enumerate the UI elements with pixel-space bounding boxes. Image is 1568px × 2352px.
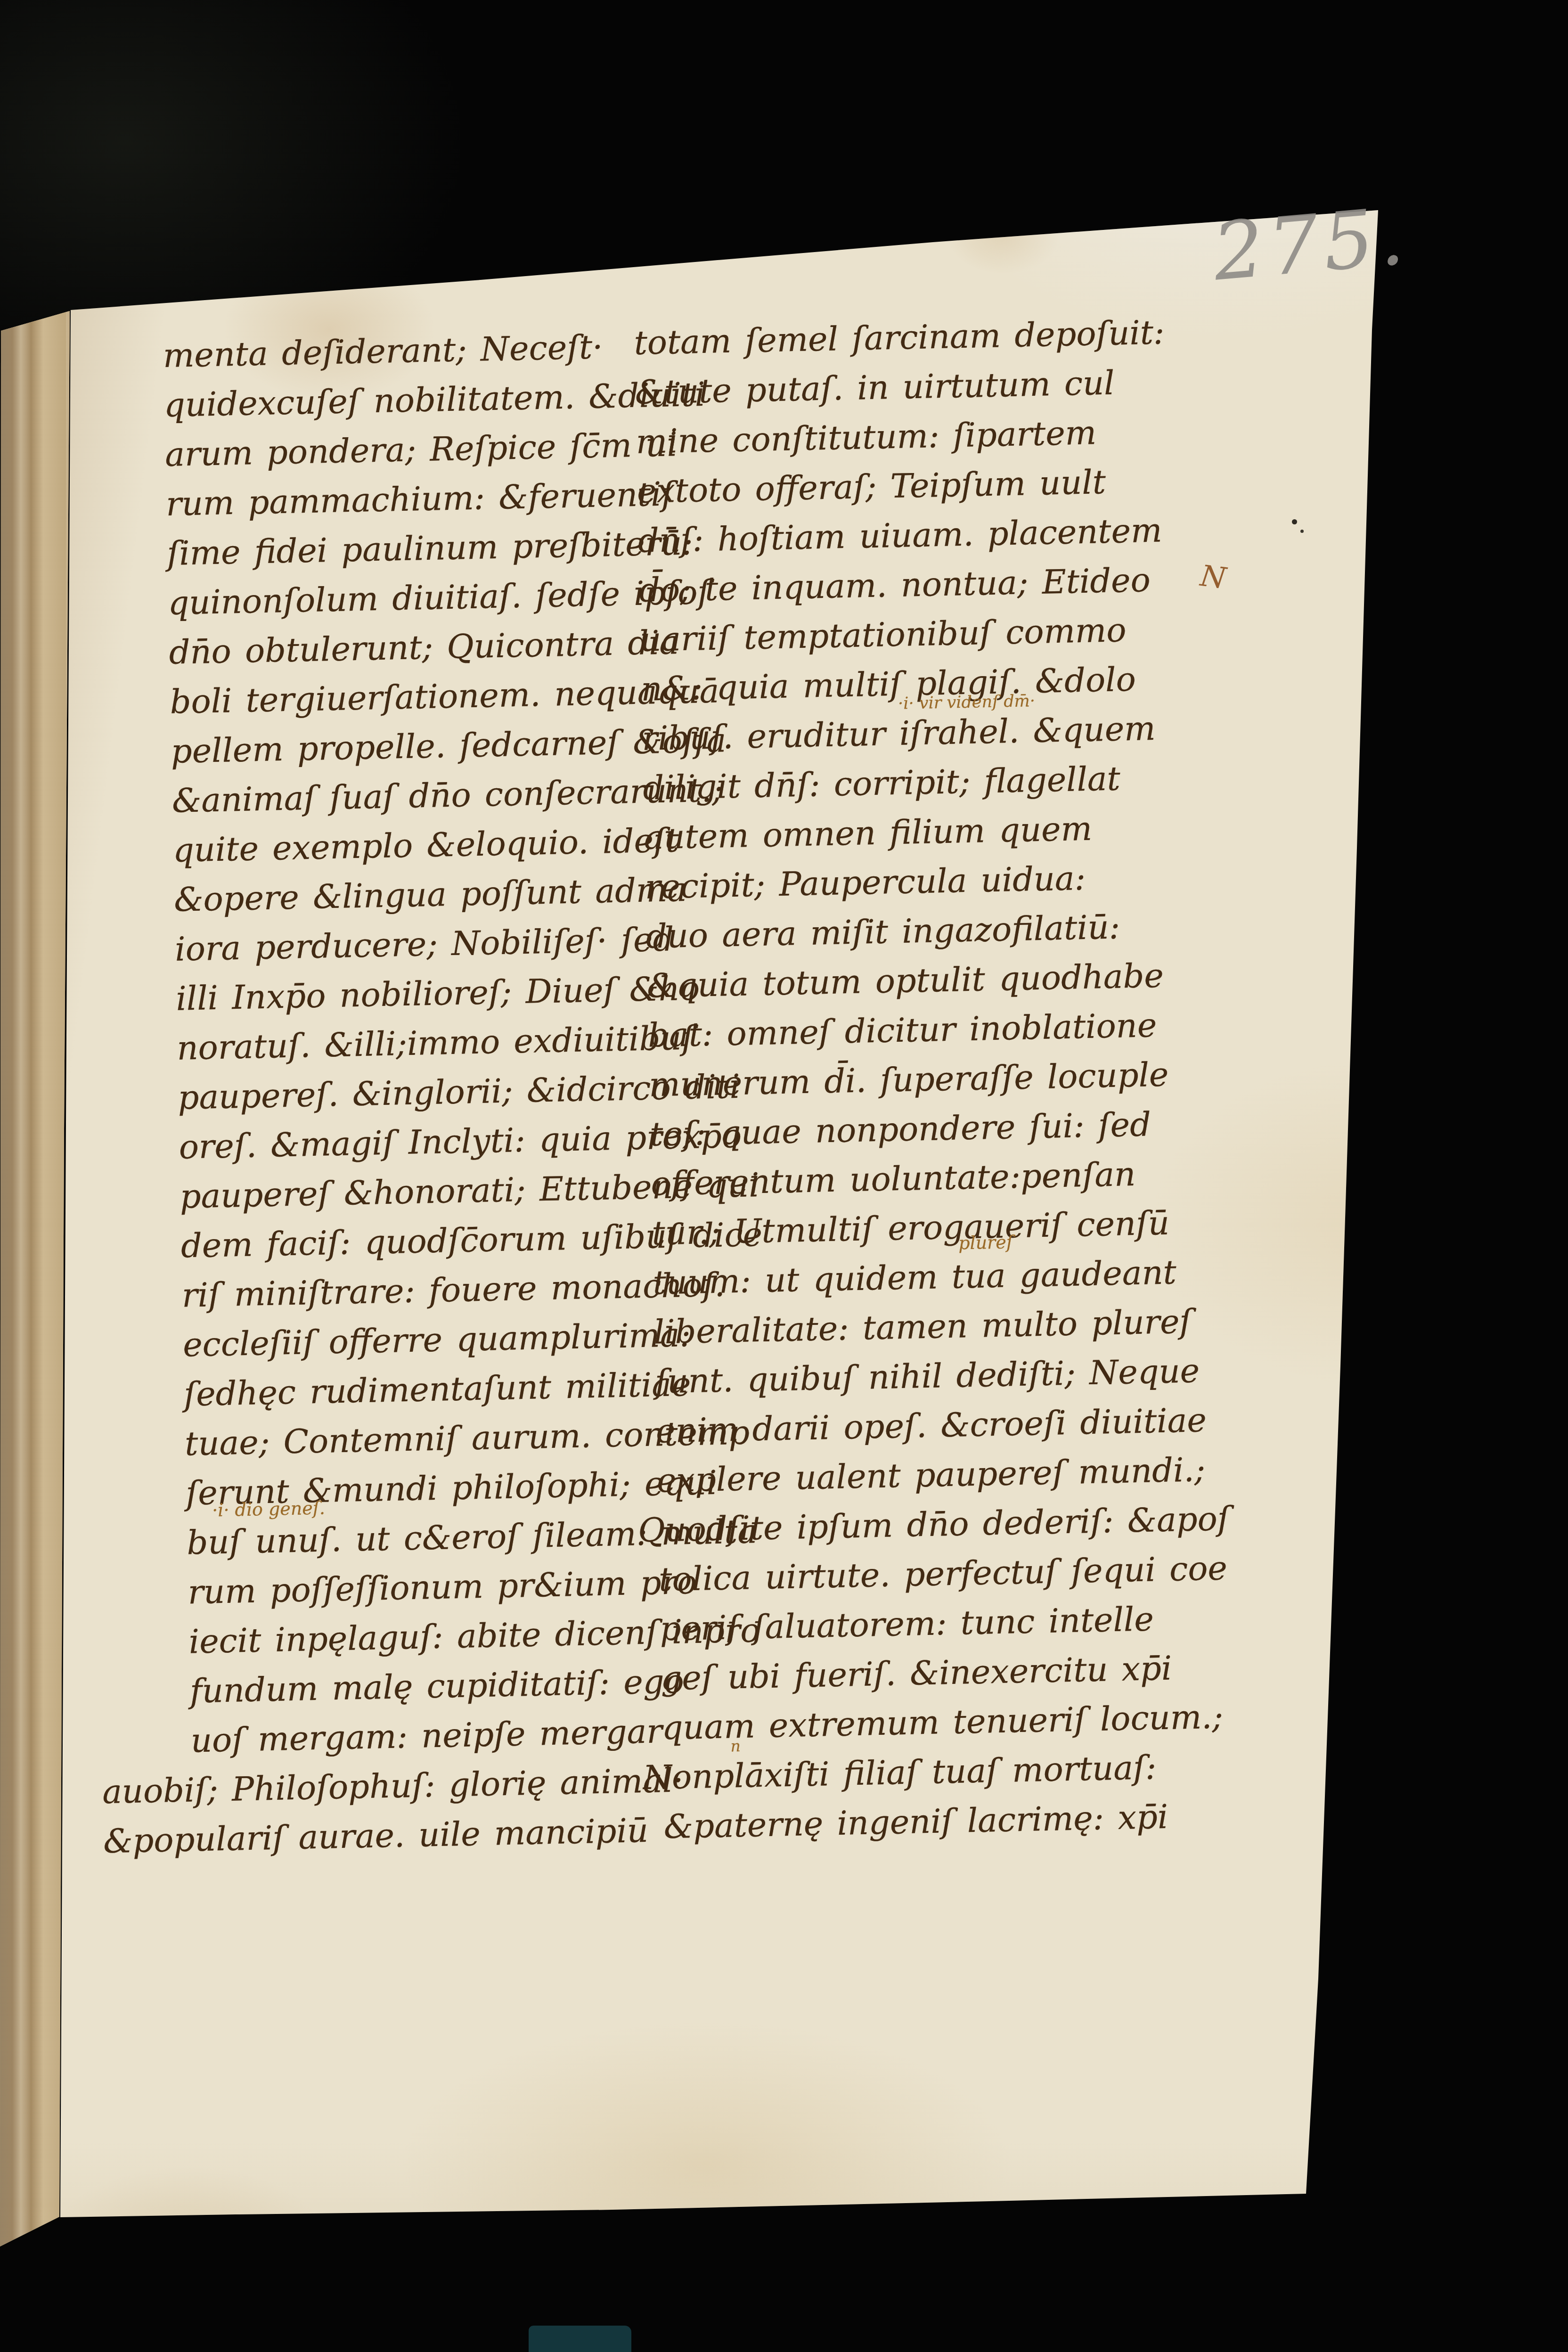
interlinear-gloss-superscript-n: n [730, 1737, 741, 1755]
bottom-teal-sliver [529, 2326, 631, 2352]
manuscript-photo: 275. N menta deſiderant; Neceſt·quidexcu… [0, 0, 1568, 2352]
text-column-right: totam ſemel ſarcinam depoſuit:&tute puta… [634, 308, 1236, 1853]
text-layer: menta deſiderant; Neceſt·quidexcuſeſ nob… [0, 0, 1568, 2352]
interlinear-gloss-diogenes: ·i· dio geneſ. [212, 1498, 326, 1521]
interlinear-gloss-plures: plureſ [958, 1232, 1013, 1253]
interlinear-gloss-vir-videns: ·i· vir videnſ dm̄· [898, 692, 1036, 713]
